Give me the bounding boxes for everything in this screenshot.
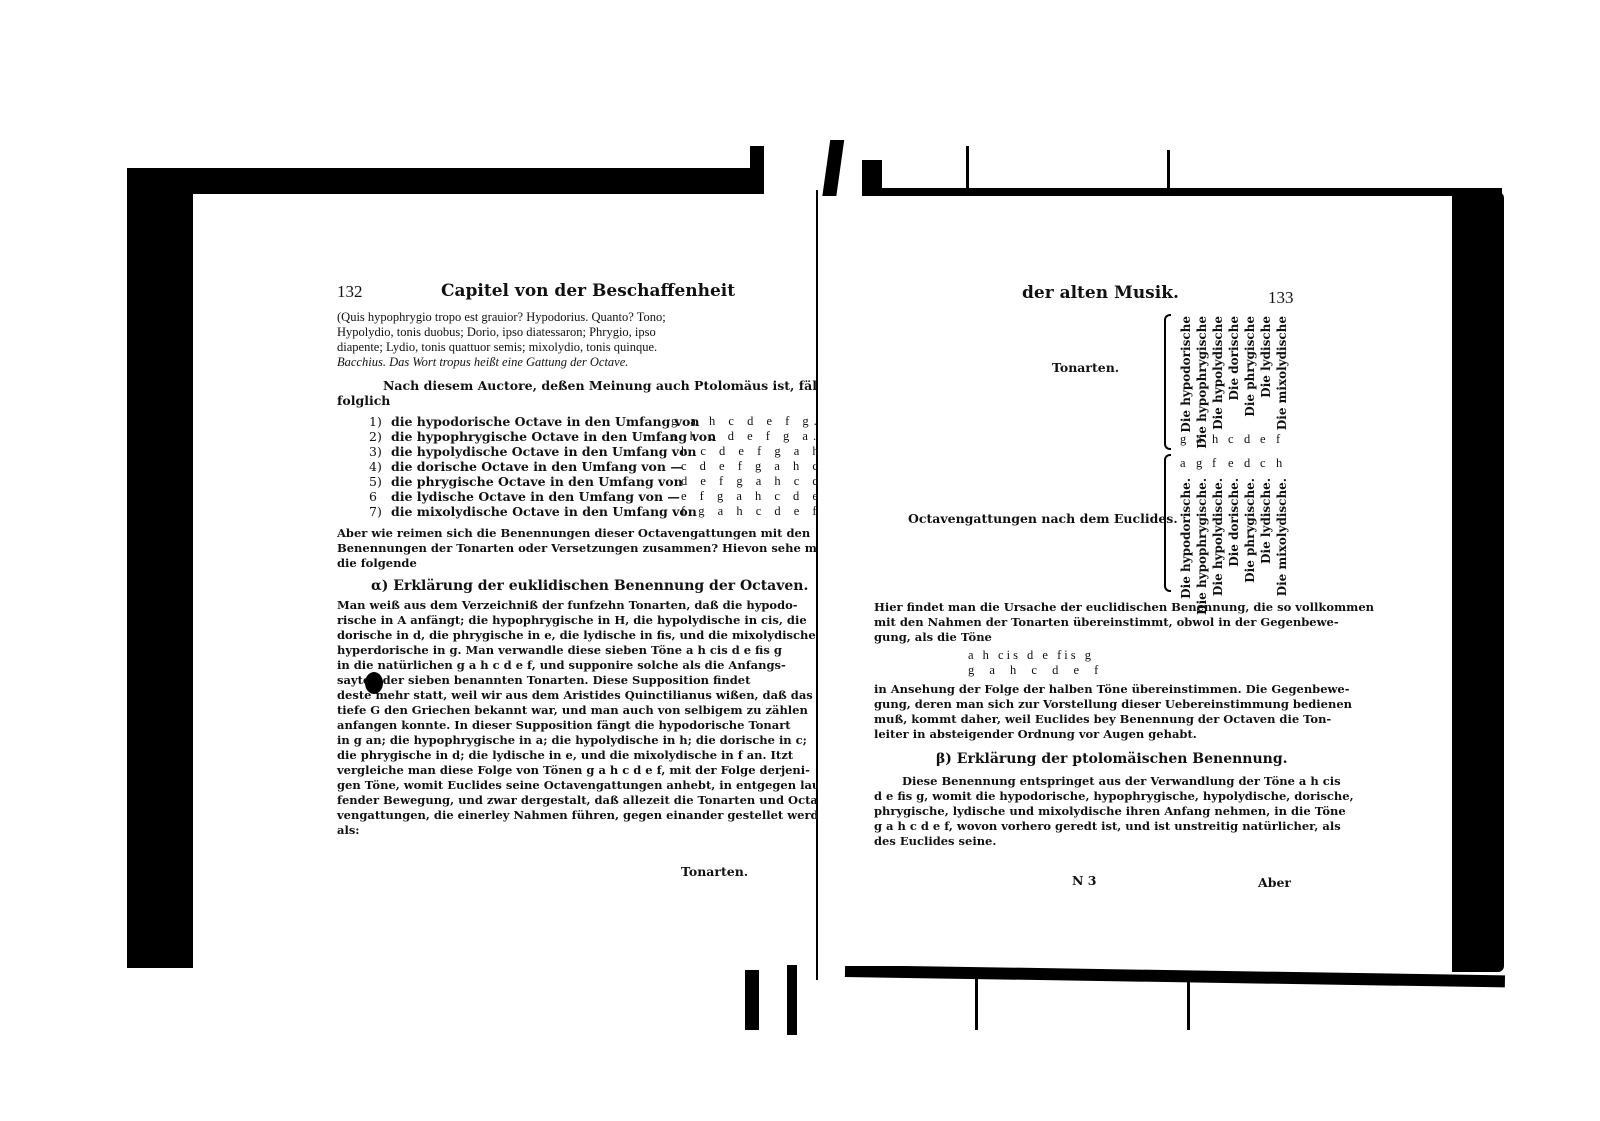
euclid-name: Die hypodorische. xyxy=(1180,478,1193,599)
note: c xyxy=(1228,432,1234,447)
text-line: die folgende xyxy=(337,556,417,571)
note: c xyxy=(1260,456,1266,471)
right-cover-bottom-edge xyxy=(845,965,1505,987)
scale-line-1: a h cis d e fis g xyxy=(968,648,1094,663)
note: g xyxy=(1180,432,1186,447)
note: h xyxy=(1276,456,1282,471)
note: a xyxy=(1180,456,1186,471)
list-notes: g a h c d e f g. xyxy=(671,414,822,429)
quote-line: (Quis hypophrygio tropo est grauior? Hyp… xyxy=(337,310,666,325)
text-line: Benennungen der Tonarten oder Versetzung… xyxy=(337,541,833,556)
scale-line-2: g a h c d e f xyxy=(968,663,1104,678)
text-line: Man weiß aus dem Verzeichniß der funfzeh… xyxy=(337,598,798,613)
euclid-name: Die dorische. xyxy=(1228,478,1241,567)
text-line: g a h c d e f, wovon vorhero geredt ist,… xyxy=(874,819,1341,834)
list-text: die phrygische Octave in den Umfang von xyxy=(391,474,683,489)
note: g xyxy=(1196,456,1202,471)
list-notes: f g a h c d e f. xyxy=(681,504,830,519)
tonart-name: Die hypodorische xyxy=(1180,316,1193,433)
intro-line: folglich xyxy=(337,393,390,408)
center-gutter-mark xyxy=(822,140,844,200)
text-line: hyperdorische in g. Man verwandle diese … xyxy=(337,643,782,658)
list-num: 7) xyxy=(369,504,382,519)
center-top-tick xyxy=(966,146,969,191)
euclid-name: Die phrygische. xyxy=(1244,478,1257,583)
text-line: tiefe G den Griechen bekannt war, und ma… xyxy=(337,703,808,718)
text-line: muß, kommt daher, weil Euclides bey Bene… xyxy=(874,712,1331,727)
left-cover-spine xyxy=(127,168,193,968)
list-text: die hypolydische Octave in den Umfang vo… xyxy=(391,444,697,459)
tonart-name: Die hypophrygische xyxy=(1196,316,1209,449)
text-line: rische in A anfängt; die hypophrygische … xyxy=(337,613,807,628)
running-head-left: Capitel von der Beschaffenheit xyxy=(441,284,735,299)
text-line: Hier findet man die Ursache der euclidis… xyxy=(874,600,1374,615)
note: d xyxy=(1244,432,1250,447)
text-line: gung, deren man sich zur Vorstellung die… xyxy=(874,697,1352,712)
tonart-name: Die dorische xyxy=(1228,316,1241,400)
text-line: in g an; die hypophrygische in a; die hy… xyxy=(337,733,807,748)
section-heading-alpha: α) Erklärung der euklidischen Benennung … xyxy=(371,579,808,594)
quote-line: diapente; Lydio, tonis quattuor semis; m… xyxy=(337,340,657,355)
text-line: sayten der sieben benannten Tonarten. Di… xyxy=(337,673,750,688)
text-line: fender Bewegung, und zwar dergestalt, da… xyxy=(337,793,823,808)
tonart-name: Die lydische xyxy=(1260,316,1273,398)
quote-line: Hypolydio, tonis duobus; Dorio, ipso dia… xyxy=(337,325,656,340)
text-line: dorische in d, die phrygische in e, die … xyxy=(337,628,849,643)
left-gutter-mark xyxy=(750,146,764,194)
list-text: die lydische Octave in den Umfang von — xyxy=(391,489,680,504)
text-line: des Euclides seine. xyxy=(874,834,996,849)
note: e xyxy=(1260,432,1266,447)
ink-blot xyxy=(365,672,383,694)
catchword-left: Tonarten. xyxy=(681,864,748,879)
page-number-left: 132 xyxy=(337,284,363,299)
page-number-right: 133 xyxy=(1268,290,1294,305)
text-line: in Ansehung der Folge der halben Töne üb… xyxy=(874,682,1350,697)
text-line: phrygische, lydische und mixolydische ih… xyxy=(874,804,1346,819)
list-notes: a h c d e f g a. xyxy=(671,429,821,444)
text-line: in die natürlichen g a h c d e f, und su… xyxy=(337,658,786,673)
section-heading-beta: β) Erklärung der ptolomäischen Benennung… xyxy=(936,752,1287,767)
text-line: gung, als die Töne xyxy=(874,630,992,645)
list-notes: d e f g a h c d. xyxy=(681,474,832,489)
intro-line: Nach diesem Auctore, deßen Meinung auch … xyxy=(383,378,827,393)
text-line: vergleiche man diese Folge von Tönen g a… xyxy=(337,763,810,778)
text-line: vengattungen, die einerley Nahmen führen… xyxy=(337,808,838,823)
tonart-name: Die hypolydische xyxy=(1212,316,1225,430)
text-line: gen Töne, womit Euclides seine Octavenga… xyxy=(337,778,825,793)
catchword-right: Aber xyxy=(1258,875,1291,890)
text-line: deste mehr statt, weil wir aus dem Arist… xyxy=(337,688,813,703)
text-line: die phrygische in d; die lydische in e, … xyxy=(337,748,793,763)
euclid-label: Octavengattungen nach dem Euclides. xyxy=(908,511,1178,526)
list-num: 3) xyxy=(369,444,382,459)
euclid-name: Die hypolydische. xyxy=(1212,478,1225,596)
text-line: d e fis g, womit die hypodorische, hypop… xyxy=(874,789,1354,804)
signature-mark: N 3 xyxy=(1072,873,1096,888)
tonarten-brace xyxy=(1164,314,1171,450)
text-line: Diese Benennung entspringet aus der Verw… xyxy=(902,774,1341,789)
note: a xyxy=(1196,432,1202,447)
bottom-gutter-mark-left xyxy=(745,970,759,1030)
bottom-gutter-mark-center xyxy=(787,965,797,1035)
text-line: mit den Nahmen der Tonarten übereinstimm… xyxy=(874,615,1339,630)
list-num: 1) xyxy=(369,414,382,429)
text-line: Aber wie reimen sich die Benennungen die… xyxy=(337,526,810,541)
list-num: 2) xyxy=(369,429,382,444)
note: h xyxy=(1212,432,1218,447)
running-head-right: der alten Musik. xyxy=(1022,286,1179,301)
list-notes: c d e f g a h c. xyxy=(681,459,831,474)
text-line: leiter in absteigender Ordnung vor Augen… xyxy=(874,727,1197,742)
list-num: 6 xyxy=(369,489,377,504)
left-page: 132 Capitel von der Beschaffenheit (Quis… xyxy=(193,194,813,964)
quote-line: Bacchius. Das Wort tropus heißt eine Gat… xyxy=(337,355,628,370)
list-num: 5) xyxy=(369,474,382,489)
right-cover-top-edge xyxy=(862,188,1502,196)
list-num: 4) xyxy=(369,459,382,474)
text-line: als: xyxy=(337,823,360,838)
list-text: die mixolydische Octave in den Umfang vo… xyxy=(391,504,697,519)
bottom-tick-1 xyxy=(975,975,978,1030)
note: f xyxy=(1212,456,1216,471)
tonart-name: Die phrygische xyxy=(1244,316,1257,417)
note: e xyxy=(1228,456,1234,471)
list-text: die hypophrygische Octave in den Umfang … xyxy=(391,429,716,444)
list-text: die hypodorische Octave in den Umfang vo… xyxy=(391,414,699,429)
right-cover-spine xyxy=(1452,192,1504,972)
note: d xyxy=(1244,456,1250,471)
euclid-name: Die hypophrygische. xyxy=(1196,478,1209,615)
tonarten-label: Tonarten. xyxy=(1052,360,1119,375)
right-page: der alten Musik. 133 Tonarten. Die hypod… xyxy=(818,196,1452,966)
euclid-name: Die mixolydische. xyxy=(1276,478,1289,596)
bottom-tick-2 xyxy=(1187,975,1190,1030)
text-line: anfangen konnte. In dieser Supposition f… xyxy=(337,718,791,733)
left-cover-top-edge xyxy=(127,168,762,194)
tonart-name: Die mixolydische xyxy=(1276,316,1289,430)
list-text: die dorische Octave in den Umfang von — xyxy=(391,459,683,474)
center-top-tick-2 xyxy=(1167,150,1170,190)
note: f xyxy=(1276,432,1280,447)
list-notes: h c d e f g a h. xyxy=(681,444,832,459)
euclid-name: Die lydische. xyxy=(1260,478,1273,564)
list-notes: e f g a h c d e. xyxy=(681,489,831,504)
